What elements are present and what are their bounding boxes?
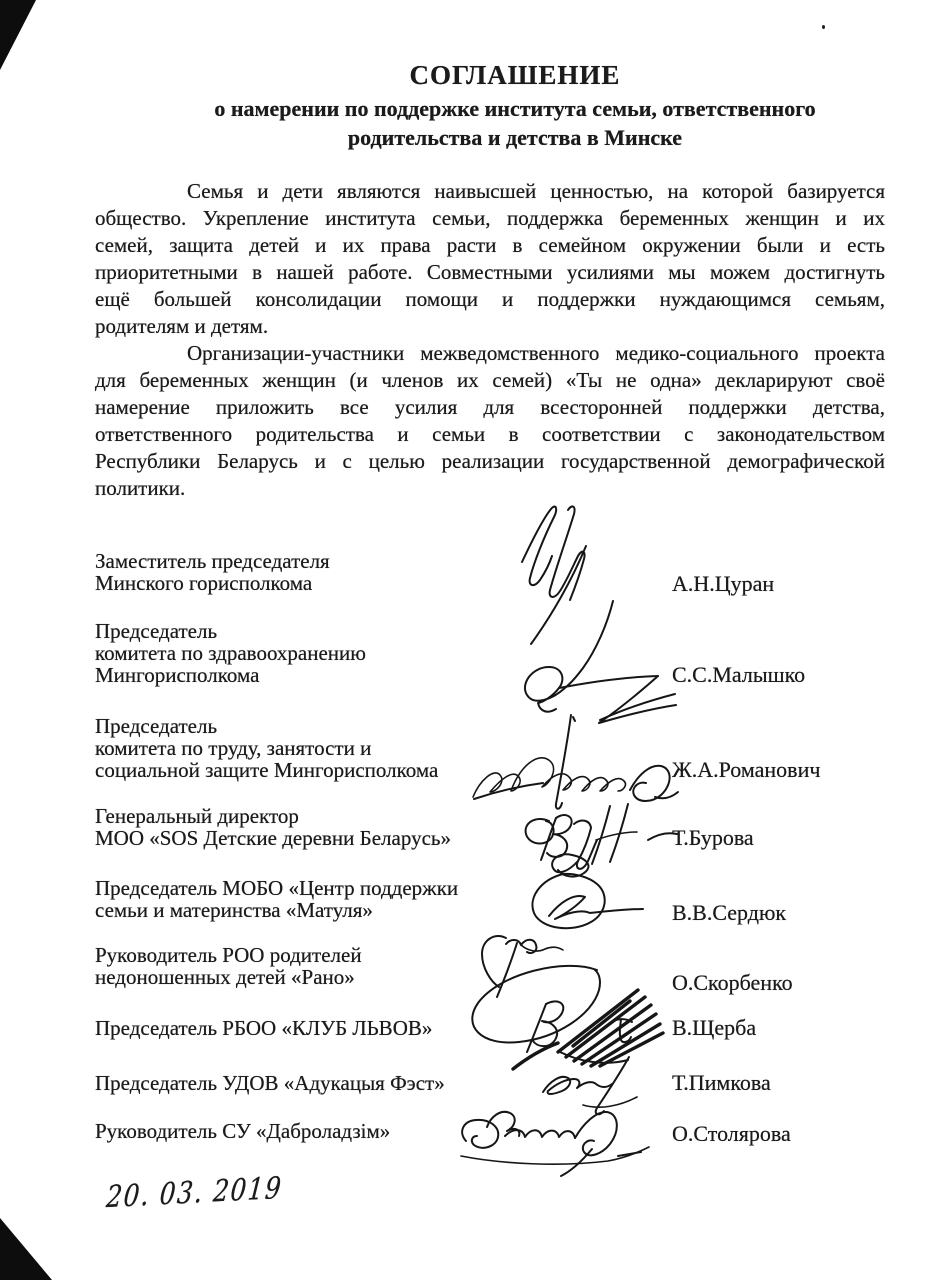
signatory-position: Заместитель председателя Минского горисп…	[95, 550, 330, 594]
signatory-name: А.Н.Цуран	[672, 572, 774, 596]
position-line: Председатель УДОВ «Адукацыя Фэст»	[95, 1072, 445, 1094]
paragraph-line: Республики Беларусь и с целью реализации…	[95, 448, 885, 475]
body-text: Семья и дети являются наивысшей ценность…	[95, 178, 885, 502]
document-title: СОГЛАШЕНИЕ	[92, 60, 938, 90]
signatory-position: Председатель комитета по здравоохранению…	[95, 620, 366, 686]
signatory-position: Председатель РБОО «КЛУБ ЛЬВОВ»	[95, 1017, 432, 1039]
position-line: комитета по труду, занятости и	[95, 737, 438, 759]
signature-stolyarova	[461, 1112, 649, 1176]
position-line: Мингорисполкома	[95, 664, 366, 686]
paragraph-line: приоритетными в нашей работе. Совместным…	[95, 259, 885, 286]
position-line: МОО «SOS Детские деревни Беларусь»	[95, 827, 451, 849]
signatory-position: Председатель МОБО «Центр поддержки семьи…	[95, 877, 458, 921]
paragraph-line: родителям и детям.	[95, 313, 885, 340]
signature-malyshko	[525, 601, 676, 723]
position-line: Руководитель РОО родителей	[95, 944, 362, 966]
signatory-position: Председатель УДОВ «Адукацыя Фэст»	[95, 1072, 445, 1094]
document-subtitle: о намерении по поддержке института семьи…	[92, 94, 938, 152]
signatory-name: Ж.А.Романович	[672, 758, 820, 782]
scanned-agreement-page: СОГЛАШЕНИЕ о намерении по поддержке инст…	[0, 0, 942, 1280]
signature-romanovich	[473, 694, 678, 809]
subtitle-line: о намерении по поддержке института семьи…	[214, 96, 815, 121]
paragraph-line: ответственного родительства и семьи в со…	[95, 421, 885, 448]
signature-tsuran	[522, 507, 586, 644]
scan-corner-artifact-bottom-left	[0, 1218, 52, 1280]
signatory-name: О.Скорбенко	[672, 971, 793, 995]
position-line: Заместитель председателя	[95, 550, 330, 572]
signatory-position: Председатель комитета по труду, занятост…	[95, 715, 438, 781]
signatory-name: В.В.Сердюк	[672, 901, 786, 925]
signature-shcherba	[472, 966, 663, 1066]
position-line: Председатель	[95, 620, 366, 642]
signatory-name: Т.Бурова	[672, 826, 754, 850]
document-heading: СОГЛАШЕНИЕ о намерении по поддержке инст…	[92, 60, 938, 152]
paragraph-line: для беременных женщин (и членов их семей…	[95, 367, 885, 394]
subtitle-line: родительства и детства в Минске	[348, 125, 682, 150]
signature-burova	[526, 804, 677, 877]
paragraph-line: намерение приложить все усилия для всест…	[95, 394, 885, 421]
position-line: Минского горисполкома	[95, 572, 330, 594]
scan-speck	[822, 25, 825, 29]
position-line: Председатель МОБО «Центр поддержки	[95, 877, 458, 899]
position-line: Руководитель СУ «Даброладзім»	[95, 1120, 390, 1142]
position-line: комитета по здравоохранению	[95, 642, 366, 664]
position-line: семьи и материнства «Матуля»	[95, 899, 458, 921]
position-line: Председатель РБОО «КЛУБ ЛЬВОВ»	[95, 1017, 432, 1039]
signatory-position: Руководитель СУ «Даброладзім»	[95, 1120, 390, 1142]
position-line: социальной защите Мингорисполкома	[95, 759, 438, 781]
position-line: недоношенных детей «Рано»	[95, 966, 362, 988]
signatory-name: Т.Пимкова	[672, 1071, 771, 1095]
paragraph-line: семей, защита детей и их права расти в с…	[95, 232, 885, 259]
position-line: Генеральный директор	[95, 805, 451, 827]
handwritten-date: 20. 03. 2019	[105, 1171, 284, 1215]
signature-serdyuk	[532, 874, 643, 928]
paragraph-line: Организации-участники межведомственного …	[95, 340, 885, 367]
scan-corner-artifact-top-left	[0, 0, 36, 70]
signatory-name: С.С.Малышко	[672, 663, 805, 687]
signature-skorbenko	[482, 936, 563, 997]
paragraph-line: общество. Укрепление института семьи, по…	[95, 205, 885, 232]
position-line: Председатель	[95, 715, 438, 737]
paragraph-line: Семья и дети являются наивысшей ценность…	[95, 178, 885, 205]
paragraph-line: ещё большей консолидации помощи и поддер…	[95, 286, 885, 313]
signatory-position: Руководитель РОО родителей недоношенных …	[95, 944, 362, 988]
signatory-position: Генеральный директор МОО «SOS Детские де…	[95, 805, 451, 849]
signature-pimkova	[513, 1043, 637, 1114]
signatory-name: В.Щерба	[672, 1016, 756, 1040]
paragraph-line: политики.	[95, 475, 885, 502]
signatory-name: О.Столярова	[672, 1122, 791, 1146]
